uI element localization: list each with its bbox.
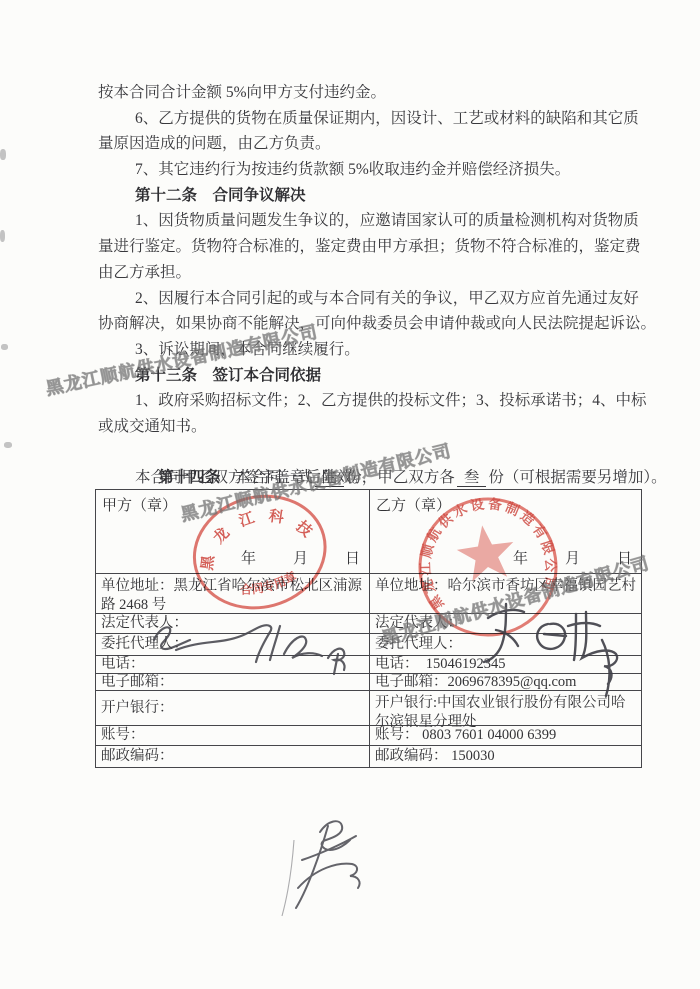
contract-line: 6、乙方提供的货物在质量保证期内，因设计、工艺或材料的缺陷和其它质: [98, 106, 663, 132]
contract-line: 量进行鉴定。货物符合标准的，鉴定费由甲方承担；货物不符合标准的，鉴定费: [98, 234, 663, 260]
signature-thin-stroke: [282, 840, 294, 916]
party-a-postcode: 邮政编码：: [96, 746, 370, 767]
contract-line: 1、政府采购招标文件；2、乙方提供的投标文件；3、投标承诺书；4、中标: [98, 388, 663, 414]
bottom-handwritten-signature: [258, 810, 408, 925]
party-a-account: 账号：: [96, 726, 370, 746]
contract-line: 1、因货物质量问题发生争议的，应邀请国家认可的质量检测机构对货物质: [98, 208, 663, 234]
party-a-email: 电子邮箱：: [96, 674, 370, 691]
contract-line: 由乙方承担。: [98, 260, 663, 286]
scan-speck: [0, 149, 6, 160]
contract-line: 量原因造成的问题，由乙方负责。: [98, 131, 663, 157]
contract-line: 2、因履行本合同引起的或与本合同有关的争议，甲乙双方应首先通过友好: [98, 286, 663, 312]
party-a-bank: 开户银行：: [96, 691, 370, 726]
contract-line: 按本合同合计金额 5%向甲方支付违约金。: [98, 80, 663, 106]
contract-line: 7、其它违约行为按违约货款额 5%收取违约金并赔偿经济损失。: [98, 157, 663, 183]
contract-line: 协商解决，如果协商不能解决，可向仲裁委员会申请仲裁或向人民法院提起诉讼。: [98, 311, 663, 337]
scan-speck: [4, 442, 12, 448]
party-a-agent-signature: [146, 614, 356, 676]
party-b-account: 账号： 0803 7601 04000 6399: [370, 726, 641, 746]
party-a-header: 甲方（章）: [102, 497, 177, 516]
day-label: 日: [345, 551, 360, 567]
seal-bottom-text: 合同专用章: [237, 567, 300, 601]
scanned-contract-page: 按本合同合计金额 5%向甲方支付违约金。 6、乙方提供的货物在质量保证期内，因设…: [0, 0, 700, 989]
contract-body: 按本合同合计金额 5%向甲方支付违约金。 6、乙方提供的货物在质量保证期内，因设…: [98, 80, 663, 491]
scan-speck: [1, 344, 8, 350]
seal-star-icon: [454, 521, 518, 583]
contract-line: 或成交通知书。: [98, 414, 663, 440]
scan-speck: [0, 230, 5, 242]
party-b-postcode: 邮政编码： 150030: [370, 746, 641, 767]
article-12-heading: 第十二条 合同争议解决: [98, 183, 663, 209]
